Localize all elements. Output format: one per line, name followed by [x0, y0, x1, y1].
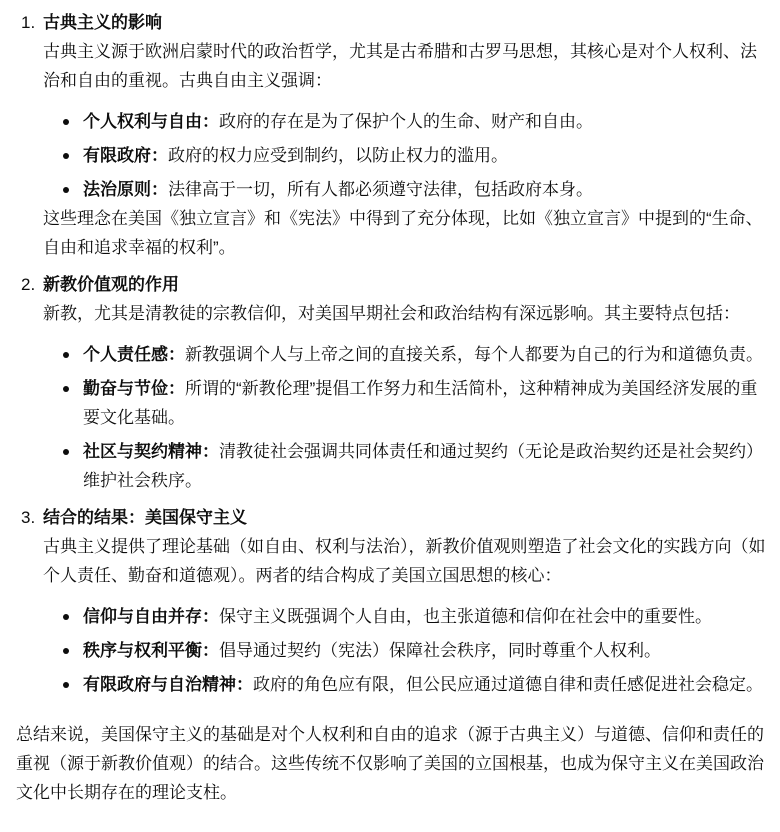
bullet-list: 个人权利与自由：政府的存在是为了保护个人的生命、财产和自由。 有限政府：政府的权… — [43, 107, 766, 204]
summary-paragraph: 总结来说，美国保守主义的基础是对个人权利和自由的追求（源于古典主义）与道德、信仰… — [16, 720, 766, 807]
section-heading: 结合的结果：美国保守主义 — [43, 503, 766, 532]
list-number: 3. — [21, 503, 43, 532]
list-item-american-conservatism: 3. 结合的结果：美国保守主义 古典主义提供了理论基础（如自由、权利与法治），新… — [16, 503, 766, 699]
section-intro: 古典主义源于欧洲启蒙时代的政治哲学，尤其是古希腊和古罗马思想，其核心是对个人权利… — [43, 37, 766, 95]
bullet-label: 个人责任感： — [83, 345, 185, 364]
bullet-text: 保守主义既强调个人自由，也主张道德和信仰在社会中的重要性。 — [219, 607, 712, 626]
bullet-text: 所谓的“新教伦理”提倡工作努力和生活简朴，这种精神成为美国经济发展的重要文化基础… — [83, 379, 757, 427]
section-outro: 这些理念在美国《独立宣言》和《宪法》中得到了充分体现，比如《独立宣言》中提到的“… — [43, 204, 766, 262]
bullet-label: 信仰与自由并存： — [83, 607, 219, 626]
list-number: 1. — [21, 8, 43, 37]
bullet-label: 法治原则： — [83, 180, 168, 199]
bullet-text: 政府的权力应受到制约，以防止权力的滥用。 — [168, 146, 508, 165]
section-intro: 古典主义提供了理论基础（如自由、权利与法治），新教价值观则塑造了社会文化的实践方… — [43, 532, 766, 590]
bullet-text: 法律高于一切，所有人都必须遵守法律，包括政府本身。 — [168, 180, 593, 199]
bullet-label: 秩序与权利平衡： — [83, 641, 219, 660]
bullet-text: 政府的角色应有限，但公民应通过道德自律和责任感促进社会稳定。 — [253, 675, 763, 694]
bullet-label: 社区与契约精神： — [83, 442, 219, 461]
bullet-label: 有限政府： — [83, 146, 168, 165]
bullet-item: 社区与契约精神：清教徒社会强调共同体责任和通过契约（无论是政治契约还是社会契约）… — [43, 437, 766, 495]
bullet-item: 个人权利与自由：政府的存在是为了保护个人的生命、财产和自由。 — [43, 107, 766, 136]
bullet-label: 勤奋与节俭： — [83, 379, 185, 398]
section-heading: 新教价值观的作用 — [43, 270, 766, 299]
bullet-list: 个人责任感：新教强调个人与上帝之间的直接关系，每个人都要为自己的行为和道德负责。… — [43, 340, 766, 495]
bullet-item: 有限政府：政府的权力应受到制约，以防止权力的滥用。 — [43, 141, 766, 170]
bullet-text: 新教强调个人与上帝之间的直接关系，每个人都要为自己的行为和道德负责。 — [185, 345, 763, 364]
list-item-protestant-values: 2. 新教价值观的作用 新教，尤其是清教徒的宗教信仰，对美国早期社会和政治结构有… — [16, 270, 766, 495]
bullet-list: 信仰与自由并存：保守主义既强调个人自由，也主张道德和信仰在社会中的重要性。 秩序… — [43, 602, 766, 699]
bullet-text: 倡导通过契约（宪法）保障社会秩序，同时尊重个人权利。 — [219, 641, 661, 660]
list-item-classicism: 1. 古典主义的影响 古典主义源于欧洲启蒙时代的政治哲学，尤其是古希腊和古罗马思… — [16, 8, 766, 262]
numbered-list: 1. 古典主义的影响 古典主义源于欧洲启蒙时代的政治哲学，尤其是古希腊和古罗马思… — [16, 8, 766, 699]
bullet-text: 政府的存在是为了保护个人的生命、财产和自由。 — [219, 112, 593, 131]
bullet-item: 秩序与权利平衡：倡导通过契约（宪法）保障社会秩序，同时尊重个人权利。 — [43, 636, 766, 665]
bullet-item: 法治原则：法律高于一切，所有人都必须遵守法律，包括政府本身。 — [43, 175, 766, 204]
section-heading: 古典主义的影响 — [43, 8, 766, 37]
section-intro: 新教，尤其是清教徒的宗教信仰，对美国早期社会和政治结构有深远影响。其主要特点包括… — [43, 299, 766, 328]
bullet-item: 有限政府与自治精神：政府的角色应有限，但公民应通过道德自律和责任感促进社会稳定。 — [43, 670, 766, 699]
bullet-label: 有限政府与自治精神： — [83, 675, 253, 694]
bullet-item: 勤奋与节俭：所谓的“新教伦理”提倡工作努力和生活简朴，这种精神成为美国经济发展的… — [43, 374, 766, 432]
bullet-item: 信仰与自由并存：保守主义既强调个人自由，也主张道德和信仰在社会中的重要性。 — [43, 602, 766, 631]
bullet-label: 个人权利与自由： — [83, 112, 219, 131]
bullet-item: 个人责任感：新教强调个人与上帝之间的直接关系，每个人都要为自己的行为和道德负责。 — [43, 340, 766, 369]
list-number: 2. — [21, 270, 43, 299]
